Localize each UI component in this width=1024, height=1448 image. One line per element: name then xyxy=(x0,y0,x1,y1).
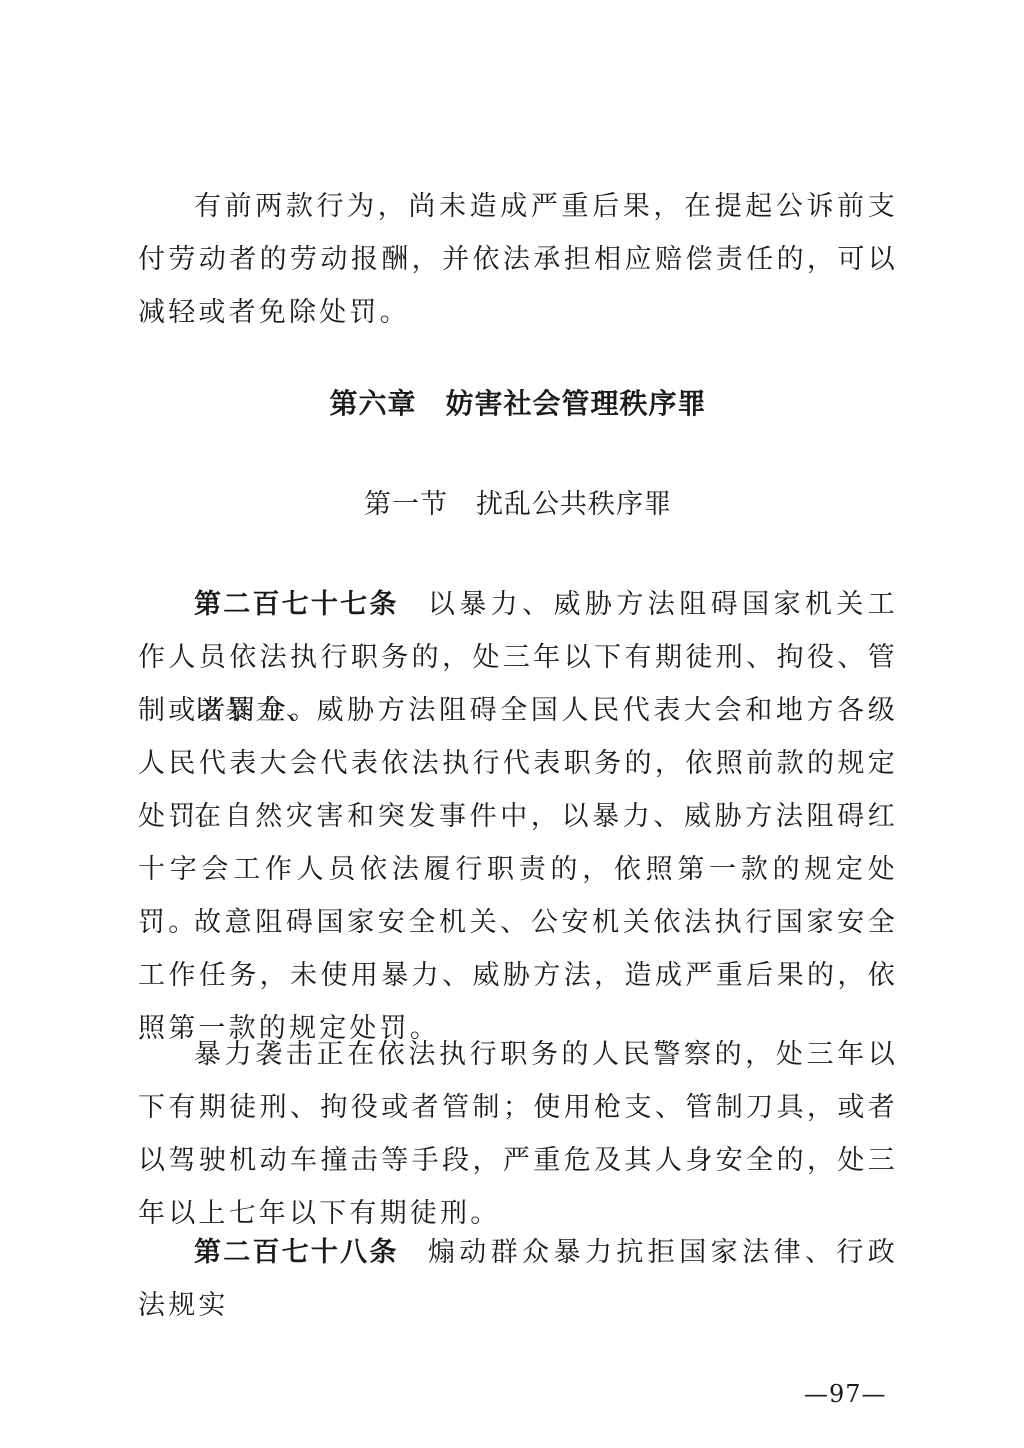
chapter-title: 第六章 妨害社会管理秩序罪 xyxy=(138,382,898,422)
paragraph-intro: 有前两款行为，尚未造成严重后果，在提起公诉前支付劳动者的劳动报酬，并依法承担相应… xyxy=(138,180,898,339)
article-277-paragraph-5: 暴力袭击正在依法执行职务的人民警察的，处三年以下有期徒刑、拘役或者管制；使用枪支… xyxy=(138,1028,898,1240)
article-number: 第二百七十八条 xyxy=(194,1237,399,1268)
section-title: 第一节 扰乱公共秩序罪 xyxy=(138,482,898,521)
page-number: —97— xyxy=(804,1380,887,1408)
article-number: 第二百七十七条 xyxy=(194,589,399,620)
article-278-paragraph-1: 第二百七十八条煽动群众暴力抗拒国家法律、行政法规实 xyxy=(138,1226,898,1332)
